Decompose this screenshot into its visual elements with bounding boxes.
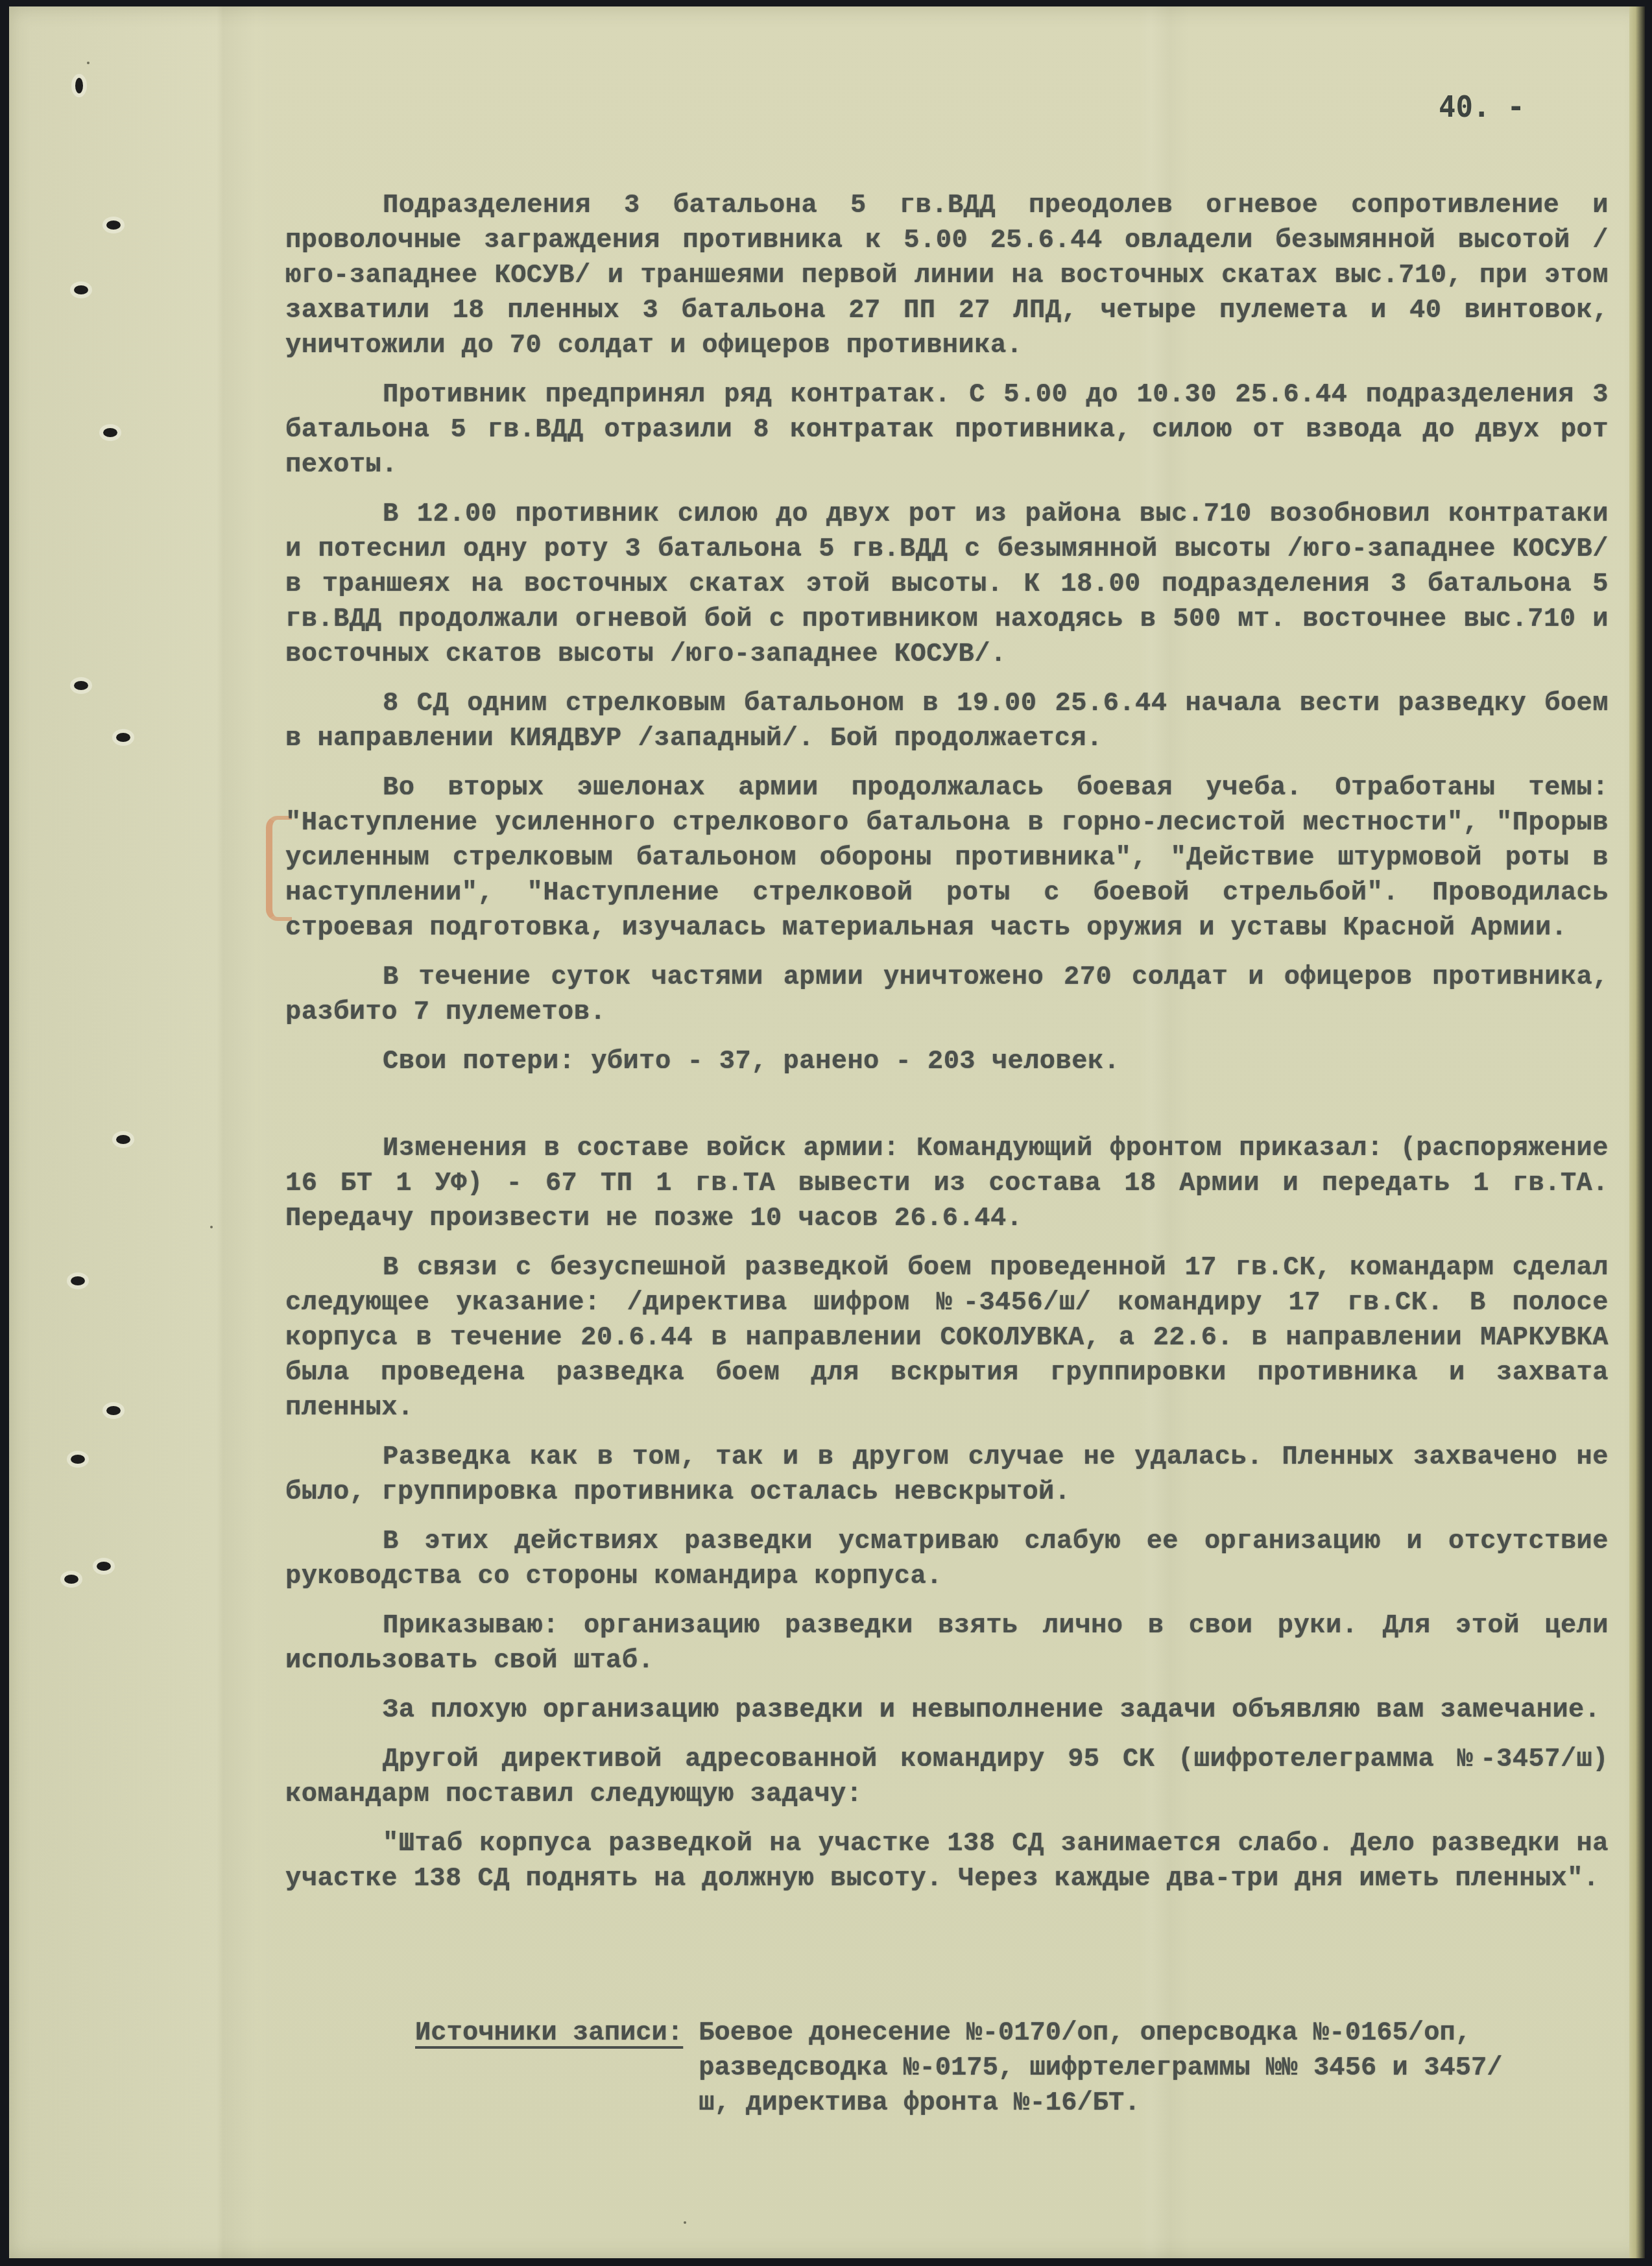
paragraph-renewed-counterattacks: В 12.00 противник силою до двух рот из р… <box>285 497 1609 672</box>
paper-speck <box>87 62 90 64</box>
paragraph-composition-changes: Изменения в составе войск армии: Команду… <box>285 1131 1609 1236</box>
binding-hole-icon <box>106 1406 121 1415</box>
paragraph-reconnaissance-result: Разведка как в том, так и в другом случа… <box>285 1440 1609 1510</box>
paragraph-reprimand: За плохую организацию разведки и невыпол… <box>285 1693 1609 1728</box>
paragraph-failed-reconnaissance: В связи с безуспешной разведкой боем про… <box>285 1250 1609 1425</box>
binding-hole-icon <box>74 681 88 690</box>
paragraph-order: Приказываю: организацию разведки взять л… <box>285 1608 1609 1678</box>
binding-hole-icon <box>116 1135 130 1144</box>
paragraph-breakthrough: Подразделения 3 батальона 5 гв.ВДД преод… <box>285 188 1609 363</box>
paragraph-directive-quote: "Штаб корпуса разведкой на участке 138 С… <box>285 1826 1609 1896</box>
binding-hole-icon <box>97 1562 111 1571</box>
binding-hole-icon <box>71 1455 85 1464</box>
paragraph-combat-training: Во вторых эшелонах армии продолжалась бо… <box>285 770 1609 946</box>
binding-hole-icon <box>106 221 121 230</box>
paragraph-reconnaissance-in-force: 8 СД одним стрелковым батальоном в 19.00… <box>285 686 1609 756</box>
paragraph-enemy-losses: В течение суток частями армии уничтожено… <box>285 960 1609 1030</box>
sources-text: Боевое донесение №-0170/оп, оперсводка №… <box>699 2016 1503 2121</box>
sources-block: Источники записи: Боевое донесение №-017… <box>415 2016 1647 2121</box>
paragraph-weak-organization: В этих действиях разведки усматриваю сла… <box>285 1524 1609 1594</box>
page-edge-shadow <box>1629 6 1645 2258</box>
document-body: Подразделения 3 батальона 5 гв.ВДД преод… <box>285 188 1609 1911</box>
sources-label: Источники записи: <box>415 2016 683 2121</box>
binding-hole-icon <box>74 285 88 294</box>
binding-hole-icon <box>71 1276 85 1285</box>
paragraph-second-directive: Другой директивой адресованной командиру… <box>285 1742 1609 1812</box>
paper-speck <box>210 1226 213 1228</box>
binding-hole-icon <box>103 428 117 437</box>
binding-hole-icon <box>116 733 130 742</box>
page-number: 40. - <box>1439 91 1524 124</box>
binding-hole-icon <box>64 1575 78 1584</box>
binding-hole-icon <box>75 78 83 93</box>
paper-speck <box>684 2221 686 2224</box>
paragraph-counterattacks: Противник предпринял ряд контратак. С 5.… <box>285 377 1609 483</box>
paragraph-own-losses: Свои потери: убито - 37, ранено - 203 че… <box>285 1044 1609 1079</box>
